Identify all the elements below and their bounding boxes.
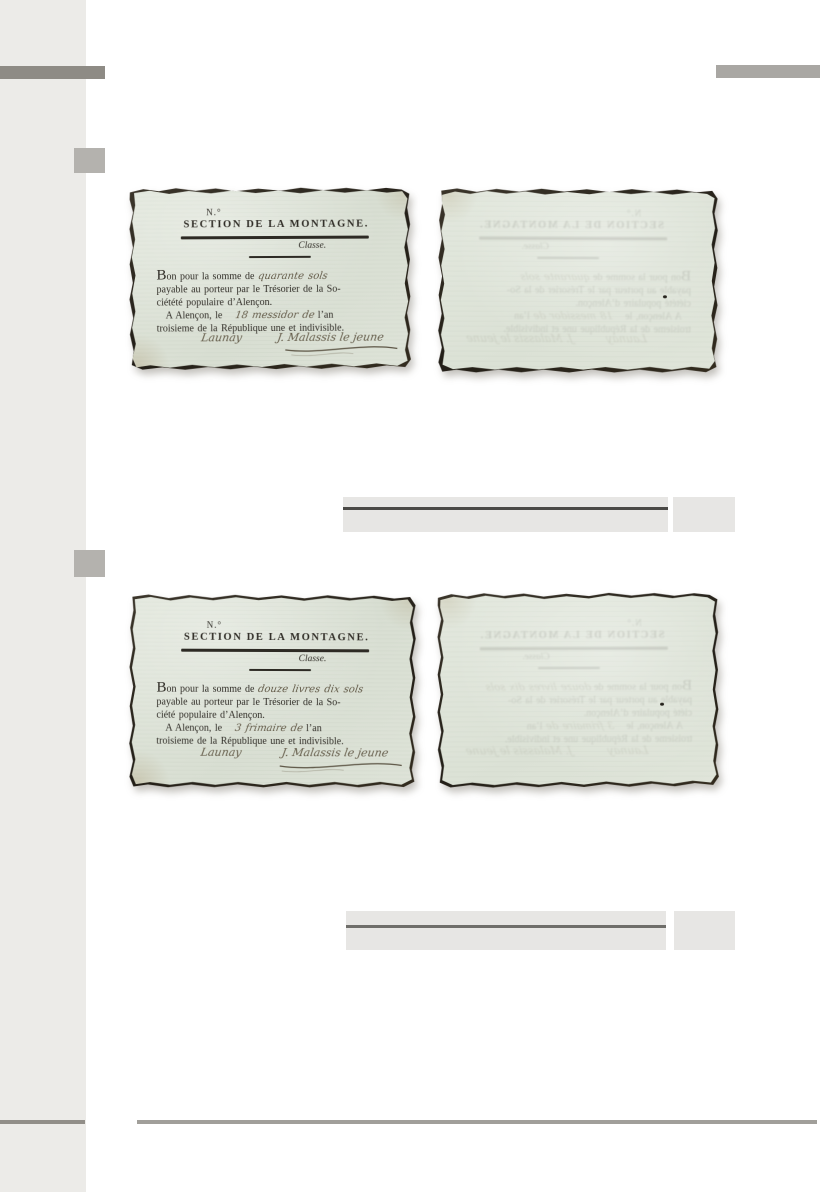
printed-text: Bon pour la somme de bbox=[594, 681, 692, 692]
number-label: N.° bbox=[626, 617, 641, 627]
classe-label: Classe. bbox=[521, 241, 549, 251]
voucher-paper: N.° SECTION DE LA MONTAGNE. Classe. Bon … bbox=[130, 188, 410, 369]
body-line-2: payable au porteur par le Trésorier de l… bbox=[157, 282, 395, 296]
printed-text: A Alençon, le bbox=[165, 722, 222, 733]
title-rule bbox=[479, 236, 667, 240]
handwritten-date: 18 messidor de bbox=[532, 309, 622, 322]
classe-rule bbox=[537, 256, 599, 259]
voucher-body-text: Bon pour la somme de douze livres dix so… bbox=[156, 681, 394, 748]
body-line-1: Bon pour la somme de douze livres dix so… bbox=[453, 679, 691, 694]
handwritten-amount: quarante sols bbox=[257, 269, 329, 282]
handwritten-date: 18 messidor de bbox=[225, 308, 315, 321]
signature-row: Launay J. Malassis le jeune bbox=[131, 330, 410, 344]
voucher-1-back-photo: N.° SECTION DE LA MONTAGNE. Classe. Bon … bbox=[437, 187, 720, 375]
printed-text: A Alençon, le bbox=[166, 310, 223, 321]
voucher-1-front-content: N.° SECTION DE LA MONTAGNE. Classe. Bon … bbox=[130, 188, 410, 369]
body-line-3: ciété populaire d’Alençon. bbox=[454, 706, 692, 720]
handwritten-amount: quarante sols bbox=[519, 270, 591, 283]
torn-paper-edge: N.° SECTION DE LA MONTAGNE. Classe. Bon … bbox=[128, 592, 418, 789]
voucher-body-text: Bon pour la somme de quarante sols payab… bbox=[452, 269, 690, 336]
classe-rule bbox=[537, 666, 599, 669]
torn-paper-edge: N.° SECTION DE LA MONTAGNE. Classe. Bon … bbox=[436, 591, 721, 790]
number-label: N.° bbox=[207, 619, 222, 629]
printed-text: Bon pour la somme de bbox=[156, 683, 254, 694]
voucher-title: SECTION DE LA MONTAGNE. bbox=[477, 629, 665, 641]
handwritten-date: 3 frimaire de bbox=[225, 721, 304, 734]
voucher-1-front-photo: N.° SECTION DE LA MONTAGNE. Classe. Bon … bbox=[128, 185, 413, 371]
signature-left: Launay bbox=[200, 331, 243, 344]
section-marker-2 bbox=[74, 550, 105, 577]
classe-rule bbox=[248, 255, 310, 258]
printed-text: A Alençon, le bbox=[625, 311, 682, 322]
signature-right: J. Malassis le jeune bbox=[464, 331, 573, 344]
signature-right: J. Malassis le jeune bbox=[281, 746, 390, 759]
voucher-paper: N.° SECTION DE LA MONTAGNE. Classe. Bon … bbox=[130, 595, 415, 787]
redaction-rule-1 bbox=[343, 507, 668, 510]
classe-label: Classe. bbox=[522, 652, 550, 662]
signature-left: Launay bbox=[604, 332, 647, 345]
body-line-2: payable au porteur par le Trésorier de l… bbox=[156, 695, 394, 709]
body-line-2: payable au porteur par le Trésorier de l… bbox=[454, 693, 692, 707]
footer-rule-main bbox=[137, 1120, 817, 1124]
classe-label: Classe. bbox=[299, 654, 327, 664]
signature-row: Launay J. Malassis le jeune bbox=[130, 745, 414, 759]
header-rule-right bbox=[716, 65, 820, 78]
body-line-1: Bon pour la somme de quarante sols bbox=[156, 268, 394, 283]
printed-text: l’an bbox=[514, 310, 530, 321]
handwritten-amount: douze livres dix sols bbox=[484, 680, 591, 693]
redacted-text-block-2 bbox=[674, 911, 735, 950]
number-label: N.° bbox=[206, 207, 221, 217]
voucher-2-back-bleedthrough: N.° SECTION DE LA MONTAGNE. Classe. Bon … bbox=[438, 593, 718, 787]
body-line-3: ciétété populaire d’Alençon. bbox=[452, 296, 690, 310]
body-line-4: A Alençon, le 18 messidor de l’an bbox=[452, 309, 690, 323]
signature-left: Launay bbox=[199, 745, 242, 758]
voucher-paper: N.° SECTION DE LA MONTAGNE. Classe. Bon … bbox=[439, 189, 717, 372]
voucher-body-text: Bon pour la somme de douze livres dix so… bbox=[453, 679, 691, 746]
voucher-2-front-photo: N.° SECTION DE LA MONTAGNE. Classe. Bon … bbox=[128, 592, 418, 789]
voucher-2-back-photo: N.° SECTION DE LA MONTAGNE. Classe. Bon … bbox=[436, 591, 721, 790]
ink-speck bbox=[660, 702, 664, 705]
classe-rule bbox=[249, 668, 311, 671]
signature-right: J. Malassis le jeune bbox=[464, 744, 573, 757]
body-line-3: ciétété populaire d’Alençon. bbox=[157, 295, 395, 309]
torn-paper-edge: N.° SECTION DE LA MONTAGNE. Classe. Bon … bbox=[437, 187, 720, 375]
body-line-4: A Alençon, le 3 frimaire de l’an bbox=[156, 721, 394, 735]
voucher-title: SECTION DE LA MONTAGNE. bbox=[183, 631, 371, 643]
voucher-body-text: Bon pour la somme de quarante sols payab… bbox=[156, 268, 394, 335]
printed-text: Bon pour la somme de bbox=[156, 271, 254, 282]
printed-text: l’an bbox=[318, 309, 334, 320]
voucher-1-back-bleedthrough: N.° SECTION DE LA MONTAGNE. Classe. Bon … bbox=[439, 189, 717, 372]
page-margin-strip bbox=[0, 0, 86, 1192]
signature-right: J. Malassis le jeune bbox=[276, 330, 385, 343]
voucher-2-front-content: N.° SECTION DE LA MONTAGNE. Classe. Bon … bbox=[130, 595, 415, 787]
number-label: N.° bbox=[625, 208, 640, 218]
printed-text: A Alençon, le bbox=[626, 720, 683, 731]
torn-paper-edge: N.° SECTION DE LA MONTAGNE. Classe. Bon … bbox=[128, 185, 413, 371]
handwritten-date: 3 frimaire de bbox=[544, 719, 623, 732]
redacted-text-bar-1 bbox=[343, 497, 668, 532]
classe-label: Classe. bbox=[298, 240, 326, 250]
title-rule bbox=[479, 646, 667, 650]
redaction-rule-2 bbox=[346, 925, 666, 928]
voucher-title: SECTION DE LA MONTAGNE. bbox=[477, 219, 665, 231]
title-rule bbox=[181, 648, 369, 652]
body-line-2: payable au porteur par le Trésorier de l… bbox=[452, 283, 690, 297]
signature-row: Launay J. Malassis le jeune bbox=[439, 743, 718, 757]
printed-text: Bon pour la somme de bbox=[593, 272, 691, 283]
printed-text: l’an bbox=[526, 721, 542, 732]
voucher-title: SECTION DE LA MONTAGNE. bbox=[182, 218, 370, 230]
voucher-paper: N.° SECTION DE LA MONTAGNE. Classe. Bon … bbox=[438, 593, 718, 787]
redacted-text-block-1 bbox=[673, 497, 735, 532]
body-line-1: Bon pour la somme de quarante sols bbox=[452, 269, 690, 284]
body-line-4: A Alençon, le 3 frimaire de l’an bbox=[454, 719, 692, 733]
handwritten-amount: douze livres dix sols bbox=[257, 682, 364, 695]
footer-rule-left bbox=[0, 1120, 85, 1124]
body-line-1: Bon pour la somme de douze livres dix so… bbox=[156, 681, 394, 696]
ink-speck bbox=[662, 295, 666, 298]
body-line-3: ciété populaire d’Alençon. bbox=[156, 708, 394, 722]
title-rule bbox=[180, 235, 368, 239]
body-line-4: A Alençon, le 18 messidor de l’an bbox=[157, 308, 395, 322]
printed-text: l’an bbox=[306, 723, 322, 734]
signature-row: Launay J. Malassis le jeune bbox=[439, 331, 716, 345]
header-rule-left bbox=[0, 66, 105, 79]
redacted-text-bar-2 bbox=[346, 911, 666, 950]
signature-left: Launay bbox=[606, 743, 649, 756]
section-marker-1 bbox=[74, 148, 105, 173]
